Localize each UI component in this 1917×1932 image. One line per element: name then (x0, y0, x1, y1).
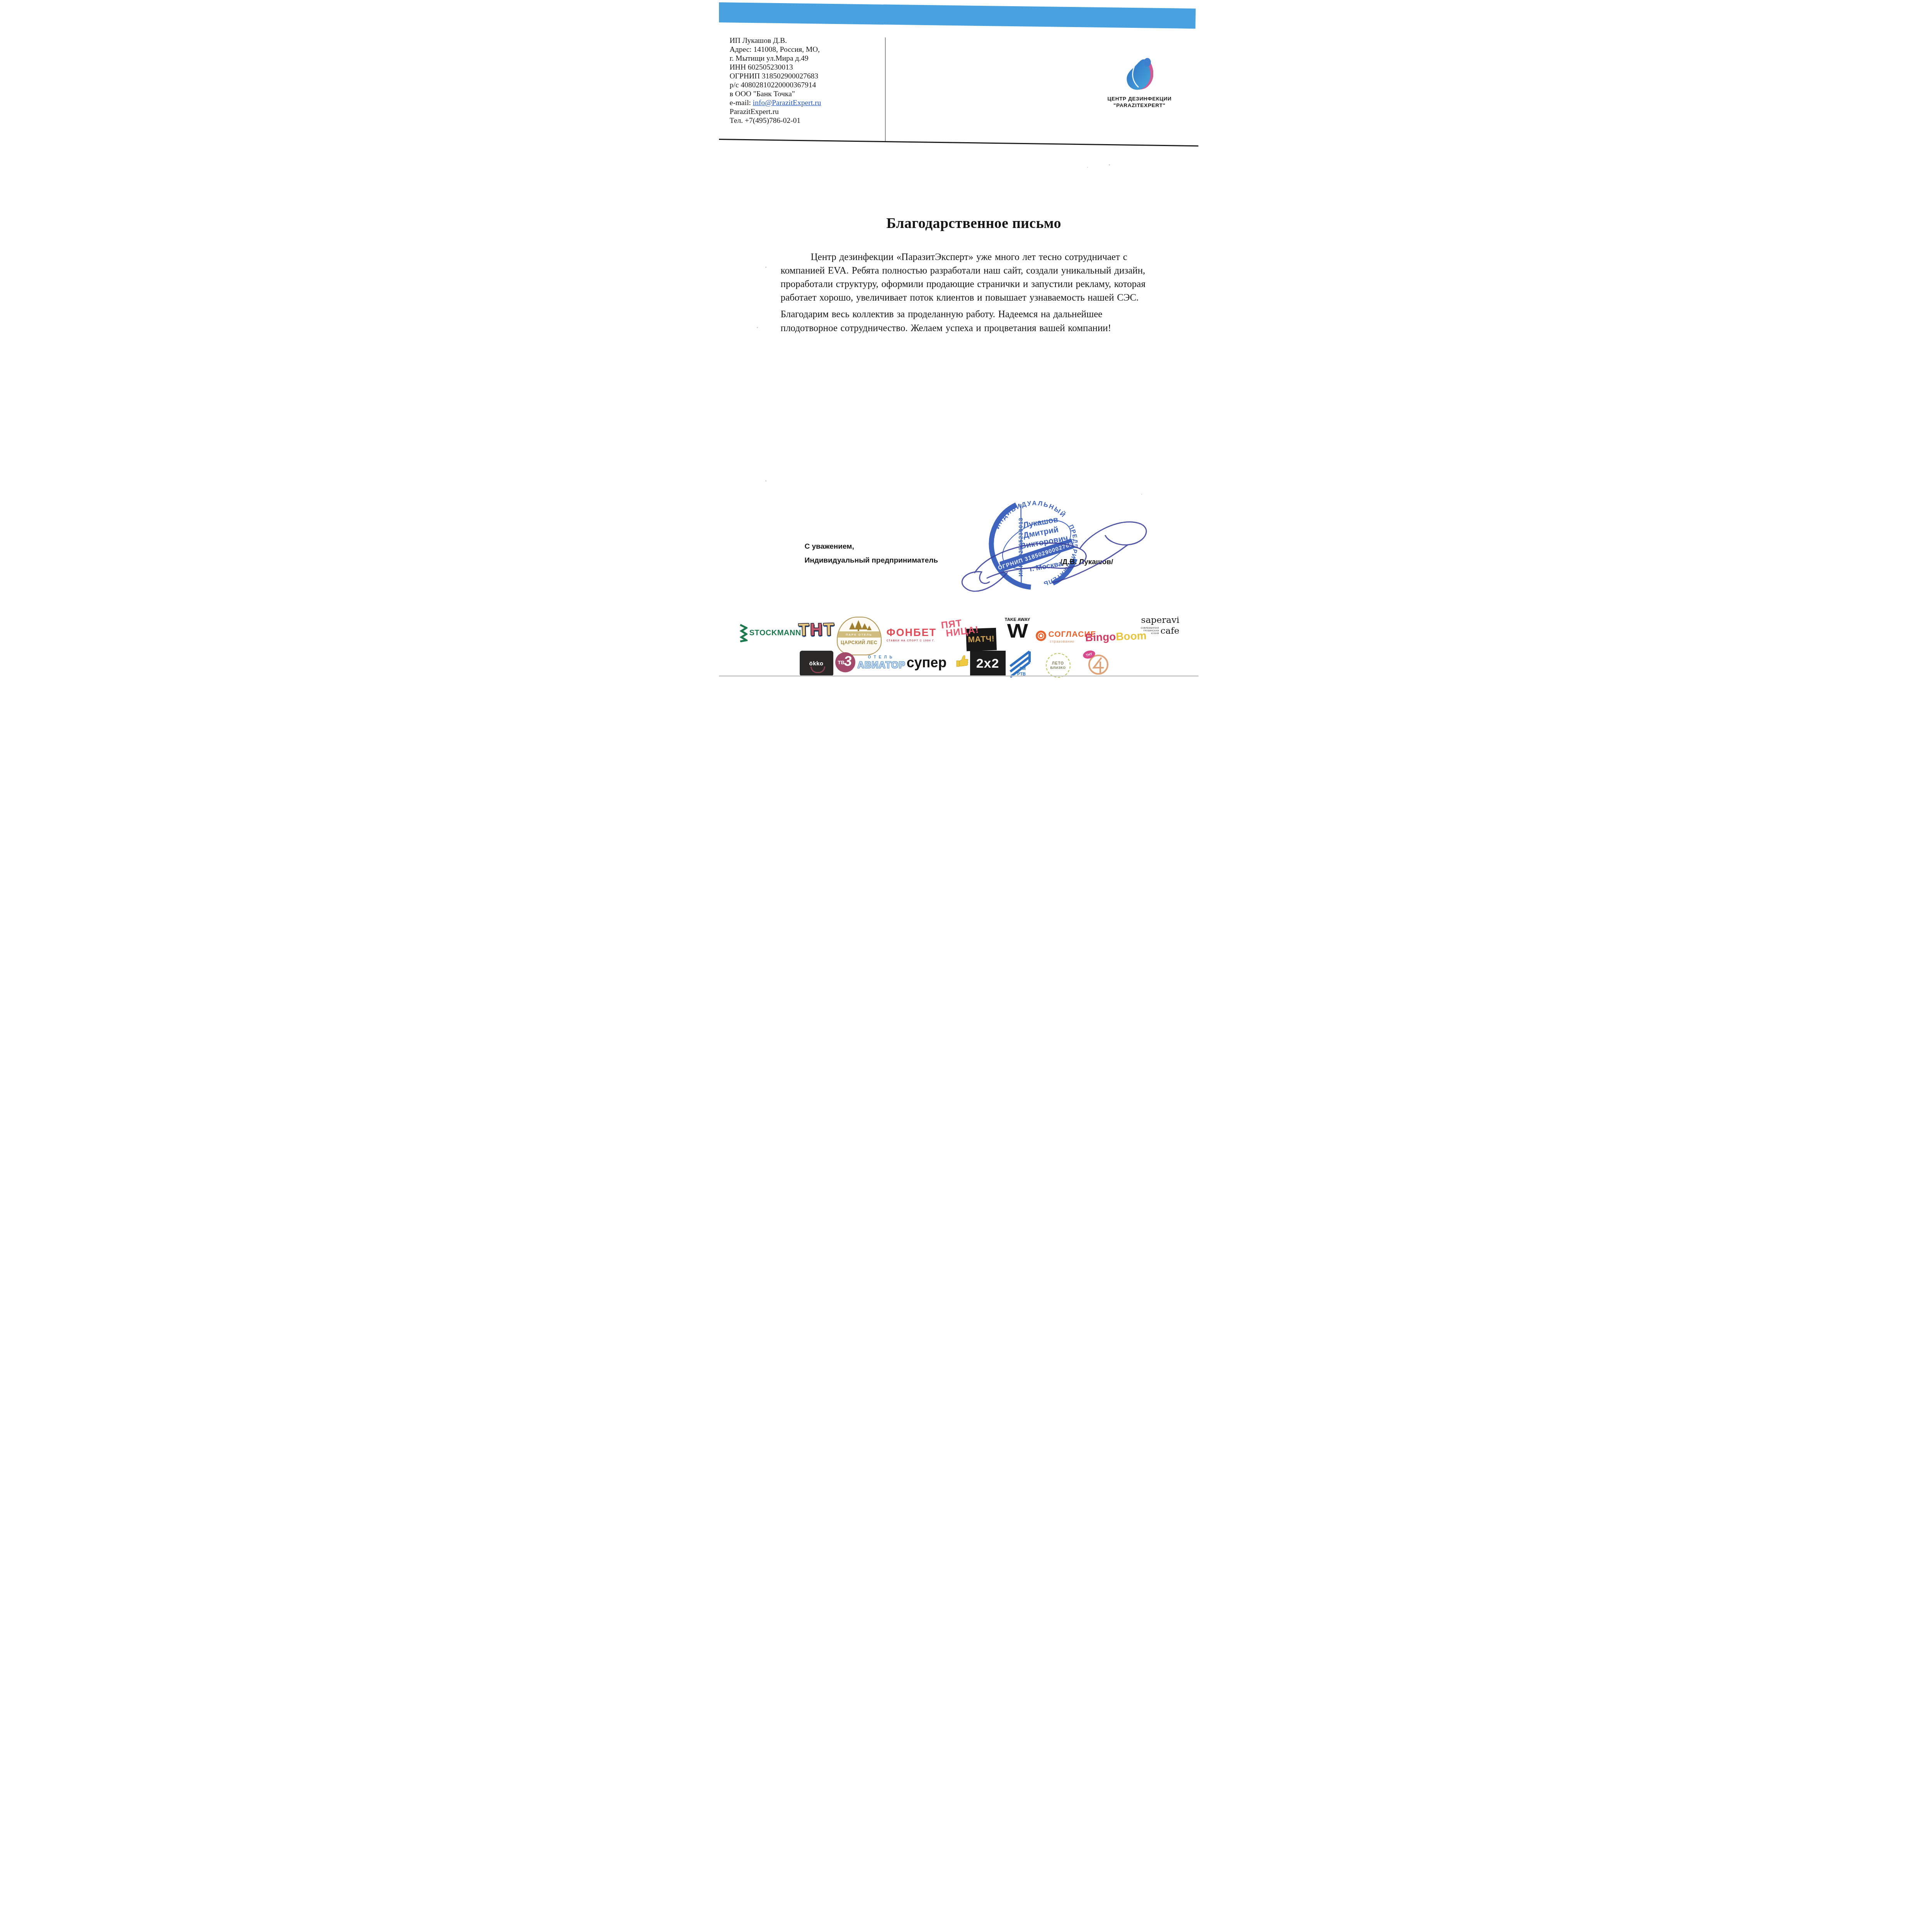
partner-logo-saperavi: saperavi СОВРЕМЕННАЯ ГРУЗИНСКАЯ КУХНЯ ca… (1133, 615, 1179, 636)
tnt-letter-1: Т (798, 620, 809, 640)
logo-wordmark: ЦЕНТР ДЕЗИНФЕКЦИИ "PARAZITEXPERT" (1101, 95, 1178, 109)
sender-bank: в ООО "Банк Точка" (730, 90, 821, 99)
partner-logo-2x2: 2х2 (970, 651, 1006, 676)
email-label: e-mail: (730, 99, 751, 107)
stockmann-label: STOCKMANN (749, 629, 801, 638)
p1-line-3: проработали структуру, оформили продающи… (781, 277, 1159, 291)
partner-logo-tnt4: ТНТ (1084, 651, 1109, 677)
tv3-three: 3 (843, 653, 852, 669)
partner-logo-leto-blizko: ЛЕТО БЛИЗКО (1046, 653, 1071, 678)
soglasie-ring-icon (1036, 631, 1046, 641)
partner-logo-fonbet: ФОНБЕТ СТАВКИ НА СПОРТ С 1994 Г. (887, 627, 936, 642)
logo-line-2: "PARAZITEXPERT" (1101, 102, 1178, 109)
saperavi-line-2: cafe (1161, 626, 1179, 636)
p1-line-2: компанией EVA. Ребята полностью разработ… (781, 264, 1159, 277)
paragraph-1: Центр дезинфекции «ПаразитЭксперт» уже м… (781, 250, 1159, 304)
partner-logo-tnt: Т Н Т (798, 619, 834, 640)
leto-line-1: ЛЕТО (1052, 662, 1064, 666)
partner-logo-stockmann: STOCKMANN (739, 624, 801, 642)
stockmann-s-icon (739, 624, 748, 642)
top-blue-bar (719, 2, 1196, 29)
scanned-letter-page: ИП Лукашов Д.В. Адрес: 141008, Россия, М… (719, 0, 1198, 678)
scan-bottom-edge (719, 675, 1198, 677)
sender-address-1: Адрес: 141008, Россия, МО, (730, 45, 821, 54)
paragraph-2: Благодарим весь коллектив за проделанную… (781, 308, 1159, 335)
sender-site: ParazitExpert.ru (730, 107, 821, 116)
p2-line-1: Благодарим весь коллектив за проделанную… (781, 308, 1159, 321)
okko-label: ökko (809, 660, 823, 667)
signature-ink (949, 497, 1166, 605)
sender-inn: ИНН 602505230013 (730, 63, 821, 72)
p1-line-4: работает хорошо, увеличивает поток клиен… (781, 291, 1159, 304)
p2-line-2: плодотворное сотрудничество. Желаем успе… (781, 321, 1159, 335)
tnt-letter-2: Н (810, 620, 823, 640)
partner-logo-pyatnitsa: ПЯТ НИЦА! (940, 617, 979, 638)
partner-logo-tv3: ТВ 3 (835, 652, 855, 672)
sender-header-block: ИП Лукашов Д.В. Адрес: 141008, Россия, М… (730, 36, 821, 125)
letter-title: Благодарственное письмо (750, 215, 1198, 232)
tsarsky-trees-icon (838, 619, 881, 632)
email-link[interactable]: info@ParazitExpert.ru (753, 99, 821, 107)
fonbet-label: ФОНБЕТ (887, 627, 936, 639)
partner-logo-tm-rtv: ТМ РТВ (1008, 648, 1036, 678)
partner-logo-super: супер (907, 655, 947, 671)
header-vertical-divider (885, 37, 886, 141)
partner-logo-takeaway: TAKE AWAY W (1003, 617, 1032, 640)
tsarsky-band-label: ПАРК ОТЕЛЬ (838, 633, 881, 636)
match-label: МАТЧ! (968, 634, 994, 645)
thumb-up-icon (956, 654, 969, 668)
logo-drop-icon (1123, 57, 1153, 94)
okko-smile-icon (811, 667, 825, 673)
bingo-part: Bingo (1085, 631, 1116, 644)
sender-email-line: e-mail: info@ParazitExpert.ru (730, 99, 821, 107)
sender-phone: Тел. +7(495)786-02-01 (730, 116, 821, 125)
fonbet-tagline: СТАВКИ НА СПОРТ С 1994 Г. (887, 639, 936, 642)
sender-account: р/с 40802810220000367914 (730, 81, 821, 90)
closing-line-2: Индивидуальный предприниматель (805, 556, 938, 565)
saperavi-tagline: СОВРЕМЕННАЯ ГРУЗИНСКАЯ КУХНЯ (1140, 627, 1159, 635)
sender-ogrnip: ОГРНИП 318502900027683 (730, 72, 821, 81)
aviator-label: АВИАТОР (857, 660, 906, 671)
2x2-label: 2х2 (976, 656, 999, 671)
aviator-top: ОТЕЛЬ (857, 655, 906, 660)
saperavi-line-1: saperavi (1133, 615, 1179, 625)
partner-logo-aviator: ОТЕЛЬ АВИАТОР (857, 655, 906, 671)
tsarsky-label: ЦАРСКИЙ ЛЕС (838, 640, 881, 645)
partner-logo-tsarsky-les: ПАРК ОТЕЛЬ ЦАРСКИЙ ЛЕС (837, 617, 882, 655)
tnt-letter-3: Т (823, 619, 834, 639)
takeaway-w: W (1001, 622, 1034, 640)
header-horizontal-rule (719, 139, 1198, 146)
closing-line-1: С уважением, (805, 543, 854, 551)
tnt4-label: ТНТ (1085, 652, 1092, 657)
p1-line-1: Центр дезинфекции «ПаразитЭксперт» уже м… (781, 250, 1159, 264)
leto-line-2: БЛИЗКО (1050, 666, 1066, 670)
partner-logo-okko: ökko (800, 651, 833, 676)
tmrtv-tm: ТМ (1020, 667, 1026, 671)
sender-name: ИП Лукашов Д.В. (730, 36, 821, 45)
sender-address-2: г. Мытищи ул.Мира д.49 (730, 54, 821, 63)
logo-line-1: ЦЕНТР ДЕЗИНФЕКЦИИ (1101, 95, 1178, 102)
